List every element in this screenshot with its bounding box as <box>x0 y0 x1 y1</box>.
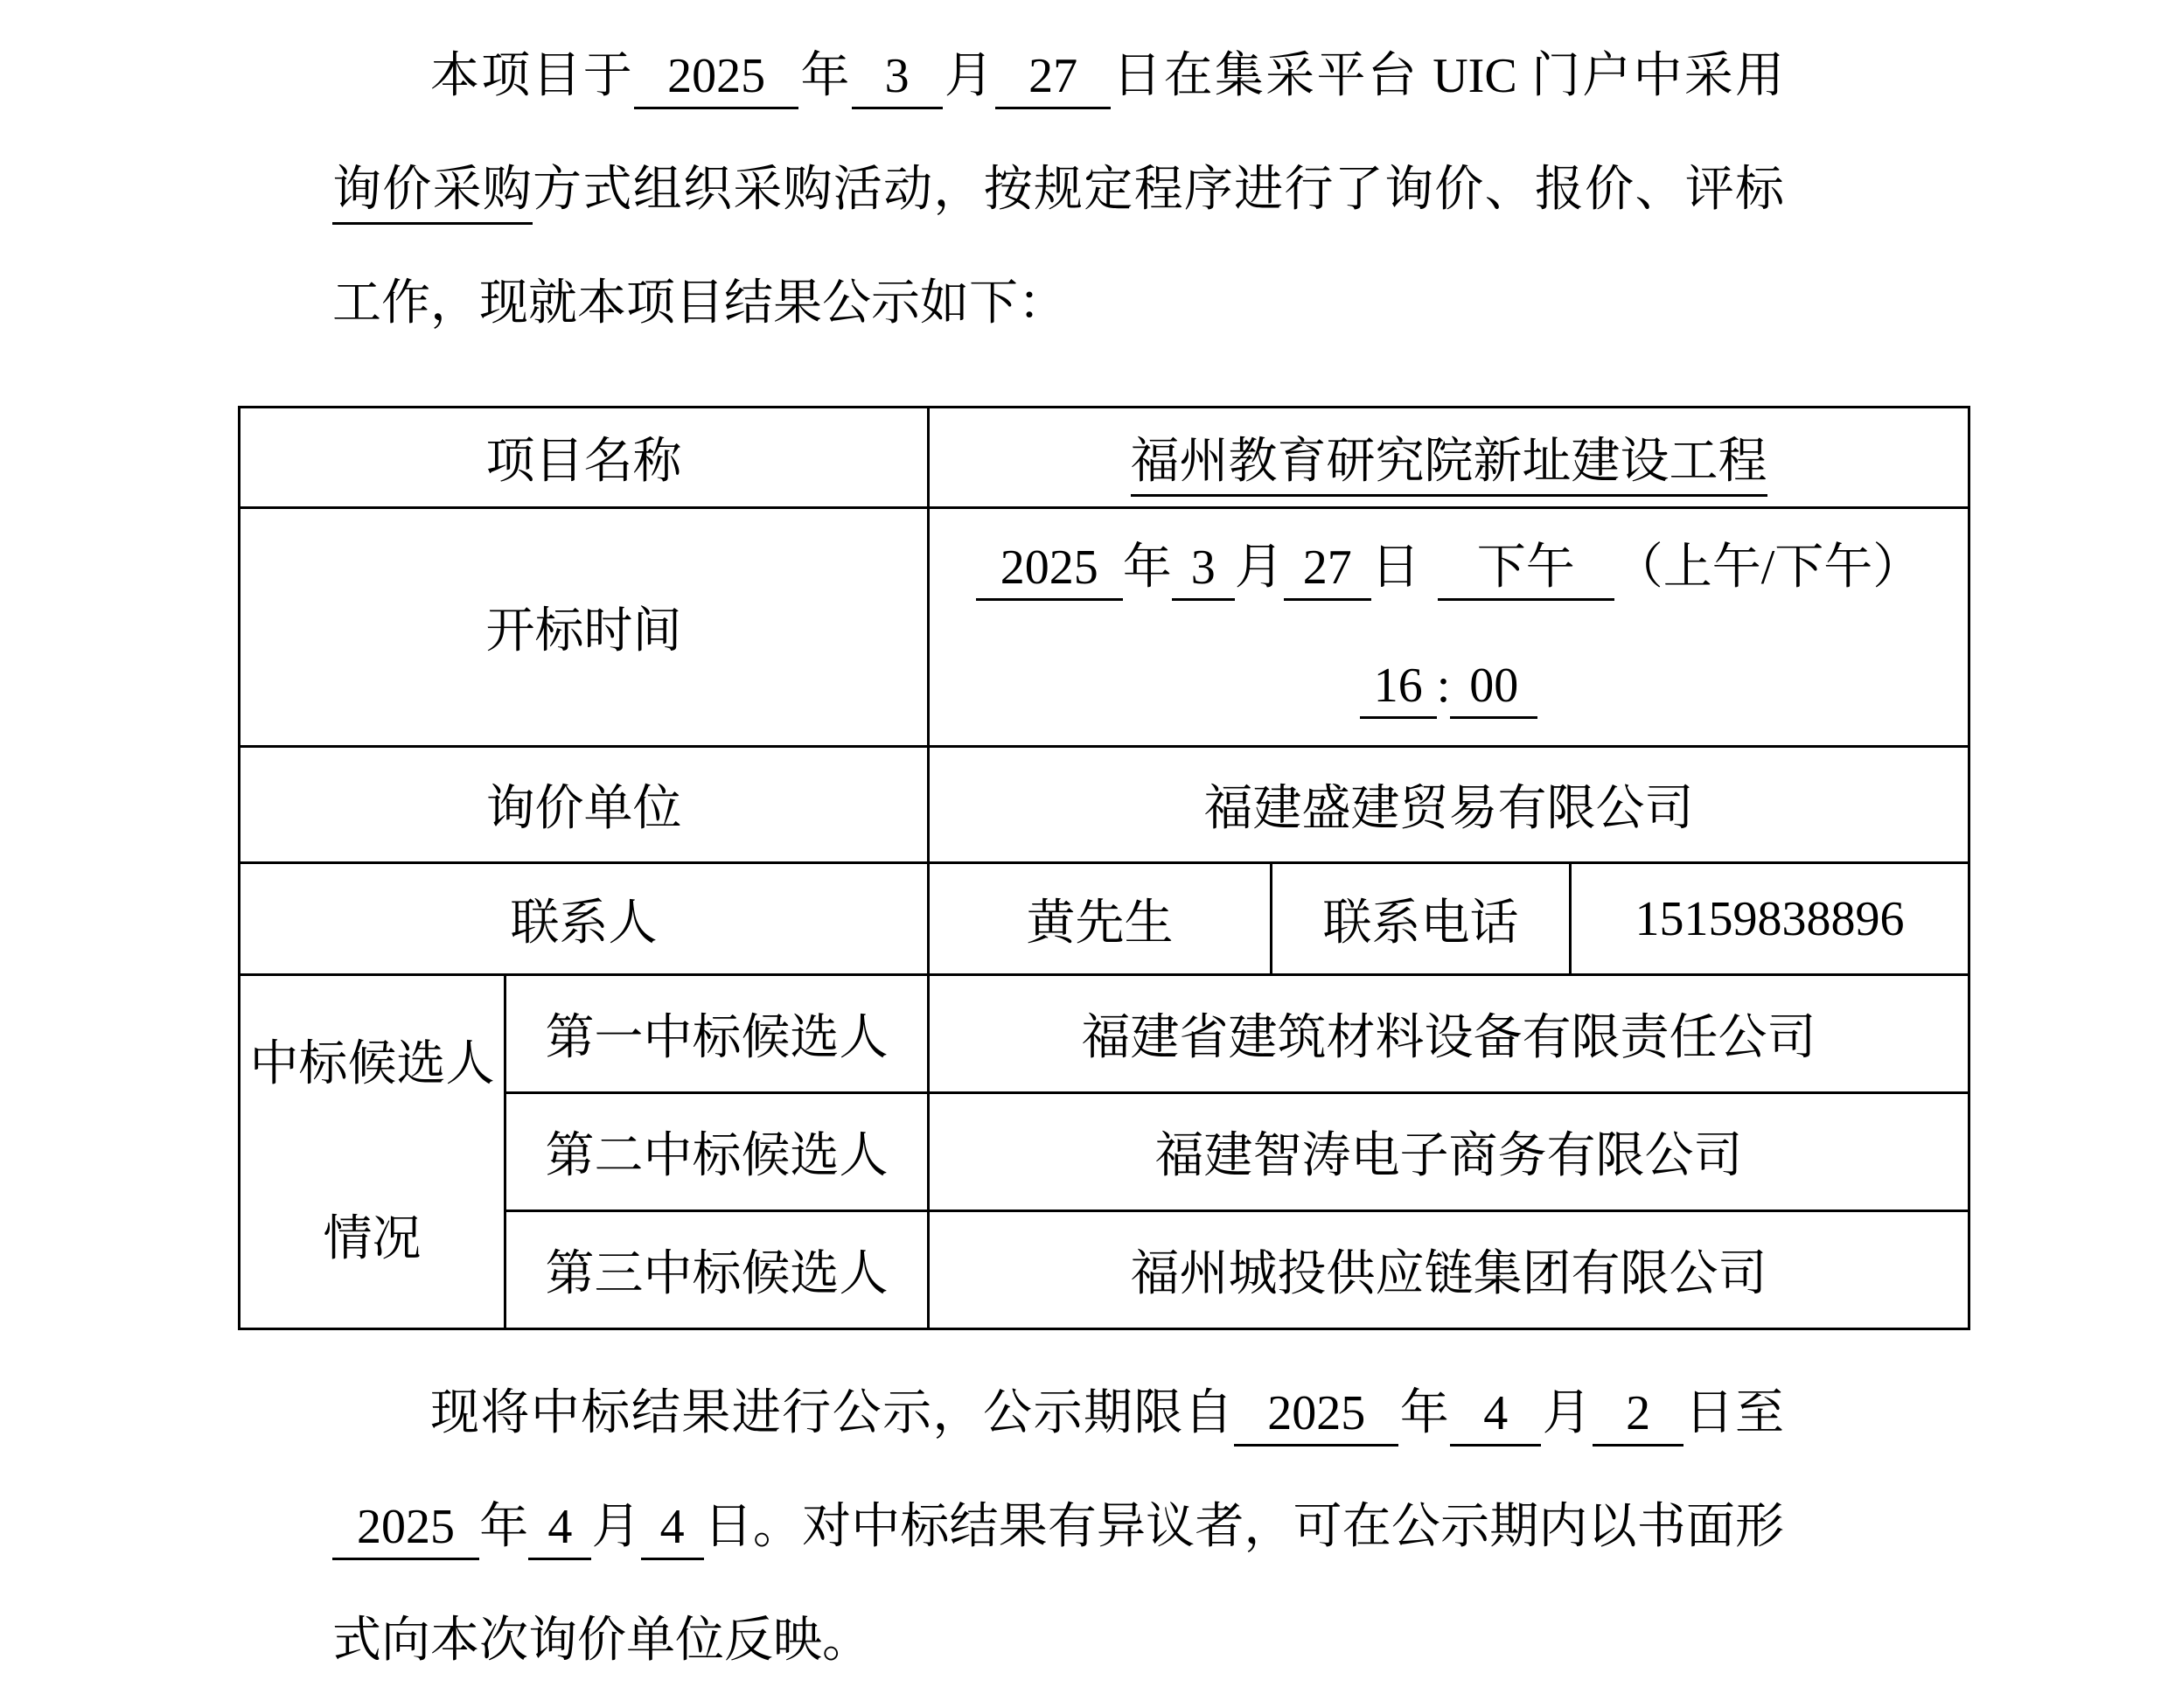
document-page: 本项目于2025年3月27日在集采平台 UIC 门户中采用询价采购方式组织采购活… <box>0 0 2168 1708</box>
intro-lead-text: 本项目于 <box>430 49 634 103</box>
intro-year-blank: 2025 <box>634 49 798 109</box>
table-row-inquiry-unit: 询价单位 福建盛建贸易有限公司 <box>240 747 1969 863</box>
intro-day-blank: 27 <box>995 49 1111 109</box>
opening-label-cell: 开标时间 <box>240 508 929 747</box>
closing-from-year-blank: 2025 <box>1234 1386 1398 1447</box>
intro-paragraph: 本项目于2025年3月27日在集采平台 UIC 门户中采用询价采购方式组织采购活… <box>332 19 1784 360</box>
phone-label: 联系电话 <box>1323 896 1519 951</box>
inquiry-value-cell: 福建盛建贸易有限公司 <box>929 747 1969 863</box>
opening-hour-blank: 16 <box>1360 659 1437 719</box>
intro-method-underlined: 询价采购 <box>332 163 533 225</box>
candidate-3-company-cell: 福州城投供应链集团有限公司 <box>929 1211 1969 1329</box>
phone-value: 15159838896 <box>1635 892 1905 946</box>
intro-year-unit: 年 <box>798 49 852 103</box>
opening-label: 开标时间 <box>486 604 682 659</box>
table-row-project: 项目名称 福州教育研究院新址建设工程 <box>240 408 1969 508</box>
closing-to-year-unit: 年 <box>479 1500 528 1554</box>
contact-label-cell: 联系人 <box>240 863 929 975</box>
opening-day-unit: 日 <box>1371 540 1420 595</box>
candidate-2-rank-cell: 第二中标候选人 <box>505 1093 929 1211</box>
closing-to-month-unit: 月 <box>591 1500 640 1554</box>
intro-after-day-text: 日在集采平台 UIC 门户中采用 <box>1111 49 1784 103</box>
opening-hour-line: 16:00 <box>930 627 1968 745</box>
table-row-opening-time: 开标时间 2025年3月27日下午（上午/下午） 16:00 <box>240 508 1969 747</box>
opening-minute-blank: 00 <box>1450 659 1537 719</box>
candidate-2-company-cell: 福建智涛电子商务有限公司 <box>929 1093 1969 1211</box>
opening-time-separator: : <box>1437 659 1451 713</box>
table-row-candidate-1: 中标候选人情况 第一中标候选人 福建省建筑材料设备有限责任公司 <box>240 975 1969 1093</box>
contact-value-cell: 黄先生 <box>929 863 1272 975</box>
opening-month-blank: 3 <box>1172 540 1235 601</box>
opening-month-unit: 月 <box>1235 540 1284 595</box>
opening-day-blank: 27 <box>1284 540 1371 601</box>
project-value: 福州教育研究院新址建设工程 <box>1131 435 1767 497</box>
candidate-1-rank: 第一中标候选人 <box>546 1011 889 1065</box>
project-value-cell: 福州教育研究院新址建设工程 <box>929 408 1969 508</box>
closing-from-month-blank: 4 <box>1450 1386 1541 1447</box>
phone-value-cell: 15159838896 <box>1571 863 1969 975</box>
phone-label-cell: 联系电话 <box>1272 863 1571 975</box>
opening-year-blank: 2025 <box>976 540 1123 601</box>
closing-to-day-blank: 4 <box>641 1500 704 1560</box>
candidate-1-company: 福建省建筑材料设备有限责任公司 <box>1082 1011 1816 1065</box>
project-label-cell: 项目名称 <box>240 408 929 508</box>
candidates-group-cell: 中标候选人情况 <box>240 975 505 1329</box>
contact-value: 黄先生 <box>1027 896 1174 951</box>
closing-to-month-blank: 4 <box>528 1500 591 1560</box>
closing-from-year-unit: 年 <box>1398 1386 1450 1440</box>
project-label: 项目名称 <box>486 435 682 489</box>
inquiry-value: 福建盛建贸易有限公司 <box>1204 782 1694 836</box>
opening-period-note: （上午/下午） <box>1614 540 1922 595</box>
inquiry-label: 询价单位 <box>486 782 682 836</box>
candidate-1-rank-cell: 第一中标候选人 <box>505 975 929 1093</box>
result-table: 项目名称 福州教育研究院新址建设工程 开标时间 2025年3月27日下午（上午/… <box>238 406 1970 1330</box>
opening-period-blank: 下午 <box>1438 540 1614 601</box>
candidate-3-rank: 第三中标候选人 <box>546 1247 889 1301</box>
table-row-contact: 联系人 黄先生 联系电话 15159838896 <box>240 863 1969 975</box>
candidates-group-label: 中标候选人情况 <box>250 1037 495 1266</box>
inquiry-label-cell: 询价单位 <box>240 747 929 863</box>
opening-value-cell: 2025年3月27日下午（上午/下午） 16:00 <box>929 508 1969 747</box>
closing-to-year-blank: 2025 <box>332 1500 479 1560</box>
candidate-2-rank: 第二中标候选人 <box>546 1129 889 1183</box>
closing-from-day-blank: 2 <box>1593 1386 1684 1447</box>
candidate-3-company: 福州城投供应链集团有限公司 <box>1131 1247 1767 1301</box>
closing-paragraph: 现将中标结果进行公示，公示期限自2025年4月2日至2025年4月4日。对中标结… <box>332 1356 1784 1698</box>
intro-month-blank: 3 <box>852 49 943 109</box>
closing-range-join: 日至 <box>1684 1386 1784 1440</box>
candidate-1-company-cell: 福建省建筑材料设备有限责任公司 <box>929 975 1969 1093</box>
opening-date-line: 2025年3月27日下午（上午/下午） <box>930 509 1968 627</box>
closing-from-month-unit: 月 <box>1541 1386 1593 1440</box>
opening-year-unit: 年 <box>1123 540 1172 595</box>
contact-label: 联系人 <box>511 896 658 951</box>
candidate-3-rank-cell: 第三中标候选人 <box>505 1211 929 1329</box>
closing-lead-text: 现将中标结果进行公示，公示期限自 <box>430 1386 1234 1440</box>
intro-month-unit: 月 <box>943 49 996 103</box>
intro-rest-text: 方式组织采购活动，按规定程序进行了询价、报价、评标工作，现就本项目结果公示如下： <box>332 163 1784 331</box>
candidate-2-company: 福建智涛电子商务有限公司 <box>1155 1129 1743 1183</box>
